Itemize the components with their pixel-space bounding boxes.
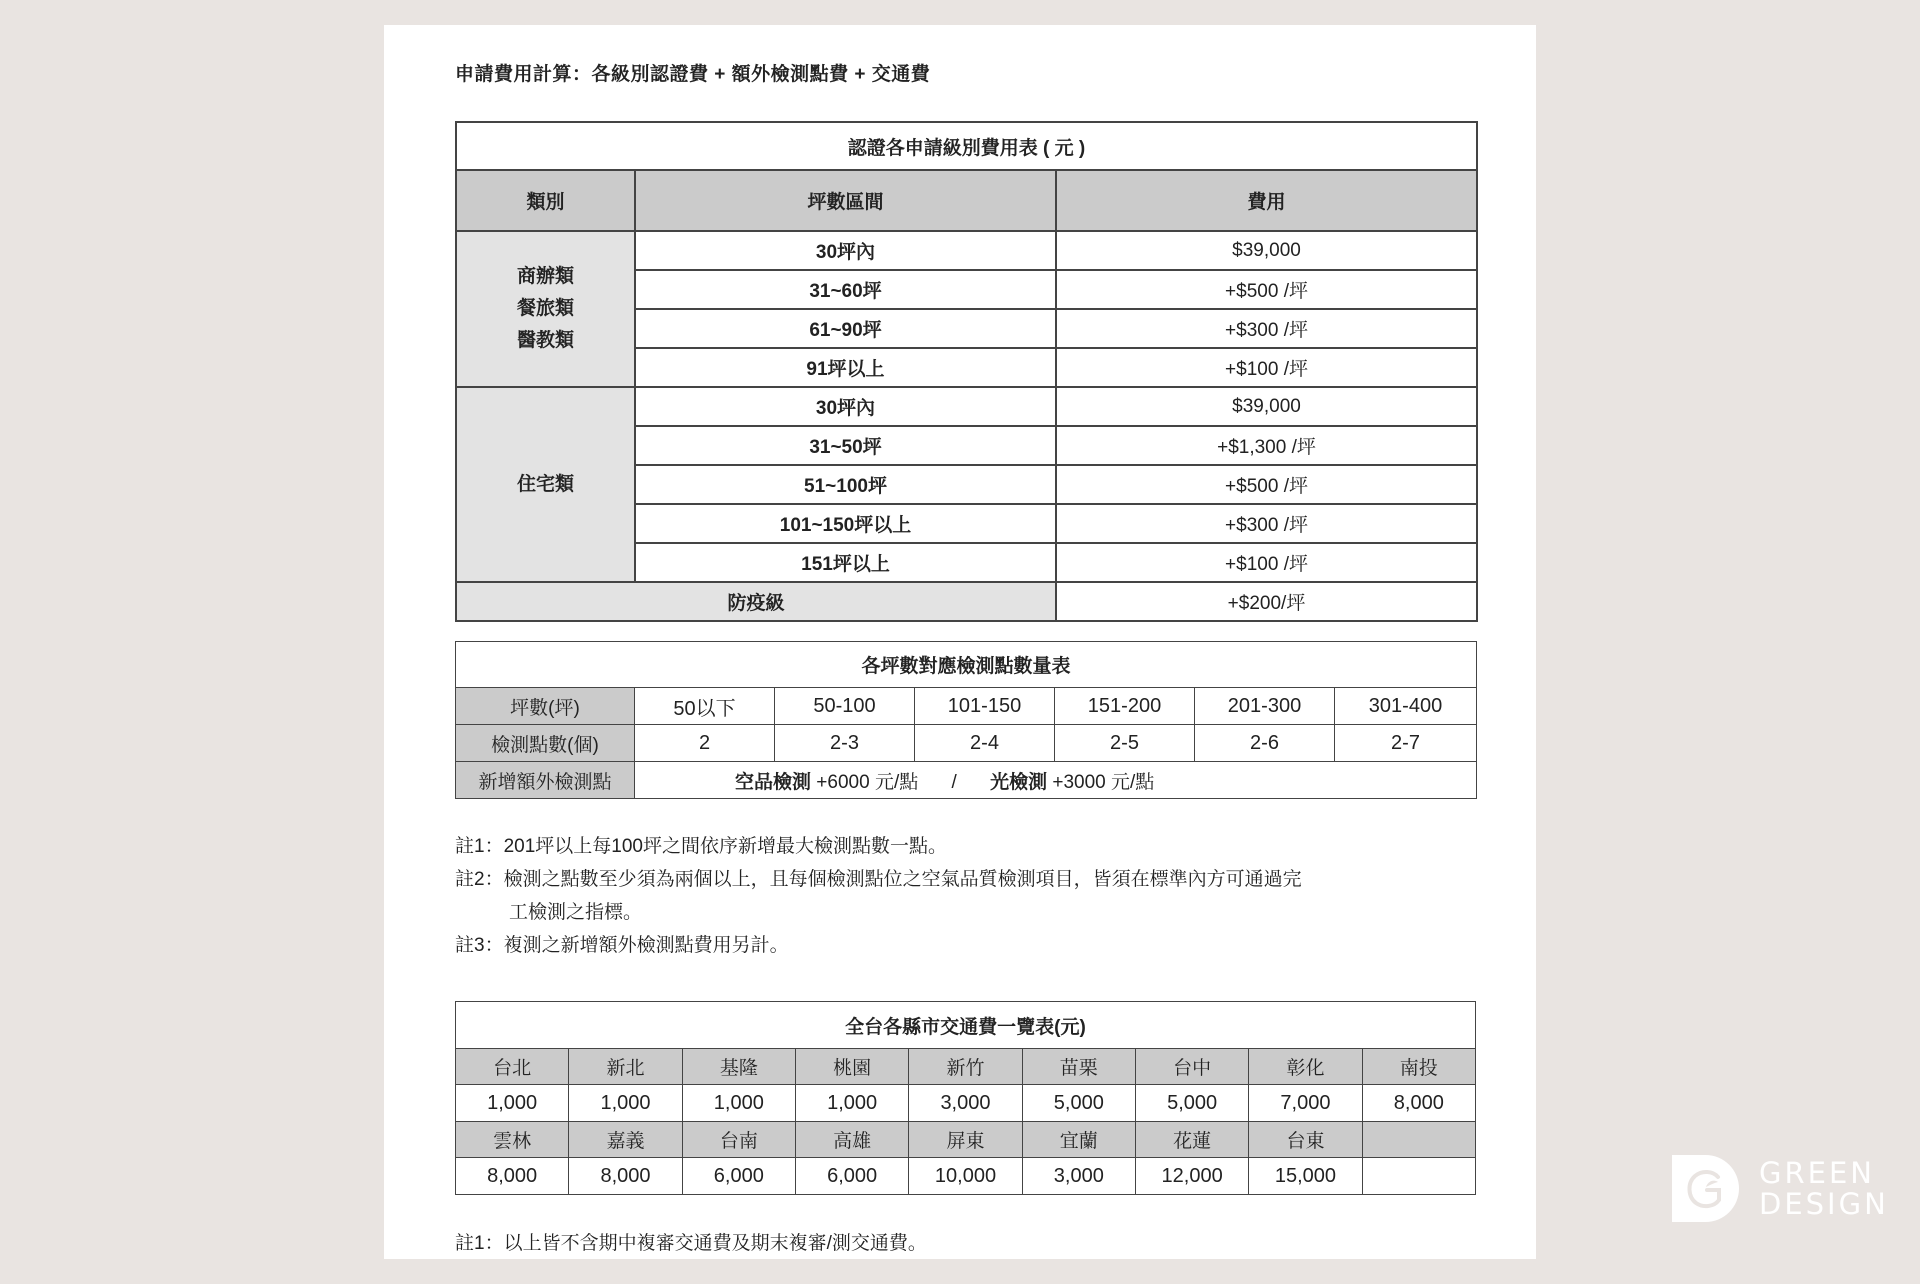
table-title: 各坪數對應檢測點數量表 [456,642,1477,688]
fee-value: +$1,300 /坪 [1056,426,1477,465]
city-cell: 台東 [1249,1122,1362,1158]
table-row-epidemic: 防疫級 +$200/坪 [456,582,1477,621]
header-fee: 費用 [1056,170,1477,231]
header-category: 類別 [456,170,635,231]
category-label: 醫教類 [457,325,634,357]
city-cell: 嘉義 [569,1122,682,1158]
fee-cell: 12,000 [1135,1158,1248,1195]
area-cell: 101-150 [915,688,1055,725]
fee-value: +$100 /坪 [1056,543,1477,582]
city-cell: 南投 [1362,1049,1475,1085]
document-page: 申請費用計算：各級別認證費 + 額外檢測點費 + 交通費 認證各申請級別費用表 … [384,25,1536,1259]
fee-value: +$500 /坪 [1056,465,1477,504]
note-2: 註2：檢測之點數至少須為兩個以上，且每個檢測點位之空氣品質檢測項目，皆須在標準內… [455,863,1302,896]
logo-line-2: DESIGN [1759,1189,1889,1220]
city-row: 雲林 嘉義 台南 高雄 屏東 宜蘭 花蓮 台東 [456,1122,1476,1158]
air-quality-label: 空品檢測 [735,772,811,793]
logo-line-1: GREEN [1759,1158,1889,1189]
area-range: 101~150坪以上 [635,504,1056,543]
points-cell: 2-7 [1335,725,1477,762]
fee-cell: 3,000 [909,1085,1022,1122]
city-cell: 台中 [1135,1049,1248,1085]
points-cell: 2-3 [775,725,915,762]
fee-cell: 8,000 [569,1158,682,1195]
transport-fee-table: 全台各縣市交通費一覽表(元) 台北 新北 基隆 桃園 新竹 苗栗 台中 彰化 南… [455,1001,1476,1195]
city-cell: 雲林 [456,1122,569,1158]
fee-value: +$200/坪 [1056,582,1477,621]
fee-formula: 申請費用計算：各級別認證費 + 額外檢測點費 + 交通費 [455,59,930,86]
fee-cell: 1,000 [569,1085,682,1122]
points-cell: 2-5 [1055,725,1195,762]
city-cell: 桃園 [795,1049,908,1085]
fee-value: +$300 /坪 [1056,504,1477,543]
fee-row: 8,000 8,000 6,000 6,000 10,000 3,000 12,… [456,1158,1476,1195]
fee-cell: 8,000 [1362,1085,1475,1122]
area-range: 30坪內 [635,387,1056,426]
area-range: 91坪以上 [635,348,1056,387]
test-points-table: 各坪數對應檢測點數量表 坪數(坪) 50以下 50-100 101-150 15… [455,641,1477,799]
row-label: 坪數(坪) [456,688,635,725]
area-cell: 151-200 [1055,688,1195,725]
city-cell: 新北 [569,1049,682,1085]
points-row: 檢測點數(個) 2 2-3 2-4 2-5 2-6 2-7 [456,725,1477,762]
city-cell: 台南 [682,1122,795,1158]
fee-cell-empty [1362,1158,1475,1195]
logo-text: GREEN DESIGN [1759,1158,1889,1220]
header-area-range: 坪數區間 [635,170,1056,231]
area-range: 51~100坪 [635,465,1056,504]
note-2-continued: 工檢測之指標。 [455,896,1302,929]
area-range: 31~60坪 [635,270,1056,309]
area-cell: 201-300 [1195,688,1335,725]
fee-cell: 15,000 [1249,1158,1362,1195]
category-label: 商辦類 [457,261,634,293]
transport-footnote: 註1：以上皆不含期中複審交通費及期末複審/測交通費。 [455,1228,927,1255]
fee-value: $39,000 [1056,387,1477,426]
category-label: 住宅類 [457,469,634,501]
points-cell: 2-6 [1195,725,1335,762]
area-cell: 50-100 [775,688,915,725]
city-cell: 苗栗 [1022,1049,1135,1085]
category-label: 餐旅類 [457,293,634,325]
fee-value: +$500 /坪 [1056,270,1477,309]
leaf-g-logo-icon [1672,1155,1739,1222]
city-cell: 台北 [456,1049,569,1085]
fee-value: $39,000 [1056,231,1477,270]
fee-cell: 3,000 [1022,1158,1135,1195]
fee-cell: 1,000 [795,1085,908,1122]
row-label: 檢測點數(個) [456,725,635,762]
fee-cell: 8,000 [456,1158,569,1195]
area-range: 61~90坪 [635,309,1056,348]
category-residential: 住宅類 [456,387,635,582]
city-cell: 花蓮 [1135,1122,1248,1158]
fee-row: 1,000 1,000 1,000 1,000 3,000 5,000 5,00… [456,1085,1476,1122]
fee-cell: 10,000 [909,1158,1022,1195]
city-cell: 彰化 [1249,1049,1362,1085]
points-cell: 2-4 [915,725,1055,762]
area-range: 31~50坪 [635,426,1056,465]
table-row: 商辦類 餐旅類 醫教類 30坪內 $39,000 [456,231,1477,270]
table-title: 全台各縣市交通費一覽表(元) [456,1002,1476,1049]
certification-fee-table: 認證各申請級別費用表 ( 元 ) 類別 坪數區間 費用 商辦類 餐旅類 醫教類 … [455,121,1478,622]
fee-cell: 5,000 [1135,1085,1248,1122]
row-label: 新增額外檢測點 [456,762,635,799]
area-cell: 50以下 [635,688,775,725]
fee-cell: 1,000 [682,1085,795,1122]
air-quality-fee: +6000 元/點 [816,772,918,793]
light-test-fee: +3000 元/點 [1052,772,1154,793]
city-cell: 基隆 [682,1049,795,1085]
fee-cell: 5,000 [1022,1085,1135,1122]
city-cell: 宜蘭 [1022,1122,1135,1158]
city-cell-empty [1362,1122,1475,1158]
green-design-logo: GREEN DESIGN [1672,1155,1889,1222]
area-range: 30坪內 [635,231,1056,270]
note-3: 註3：複測之新增額外檢測點費用另計。 [455,929,1302,962]
city-cell: 高雄 [795,1122,908,1158]
note-1: 註1：201坪以上每100坪之間依序新增最大檢測點數一點。 [455,830,1302,863]
table-row: 住宅類 30坪內 $39,000 [456,387,1477,426]
fee-value: +$300 /坪 [1056,309,1477,348]
category-commercial: 商辦類 餐旅類 醫教類 [456,231,635,387]
area-cell: 301-400 [1335,688,1477,725]
light-test-label: 光檢測 [990,772,1047,793]
area-row: 坪數(坪) 50以下 50-100 101-150 151-200 201-30… [456,688,1477,725]
extra-fees: 空品檢測 +6000 元/點 / 光檢測 +3000 元/點 [635,762,1477,799]
city-row: 台北 新北 基隆 桃園 新竹 苗栗 台中 彰化 南投 [456,1049,1476,1085]
epidemic-label: 防疫級 [456,582,1056,621]
table-title: 認證各申請級別費用表 ( 元 ) [456,122,1477,170]
fee-cell: 6,000 [795,1158,908,1195]
points-cell: 2 [635,725,775,762]
fee-cell: 7,000 [1249,1085,1362,1122]
fee-value: +$100 /坪 [1056,348,1477,387]
fee-cell: 1,000 [456,1085,569,1122]
city-cell: 屏東 [909,1122,1022,1158]
separator: / [952,772,957,794]
extra-points-row: 新增額外檢測點 空品檢測 +6000 元/點 / 光檢測 +3000 元/點 [456,762,1477,799]
fee-cell: 6,000 [682,1158,795,1195]
area-range: 151坪以上 [635,543,1056,582]
notes: 註1：201坪以上每100坪之間依序新增最大檢測點數一點。 註2：檢測之點數至少… [455,830,1302,962]
city-cell: 新竹 [909,1049,1022,1085]
